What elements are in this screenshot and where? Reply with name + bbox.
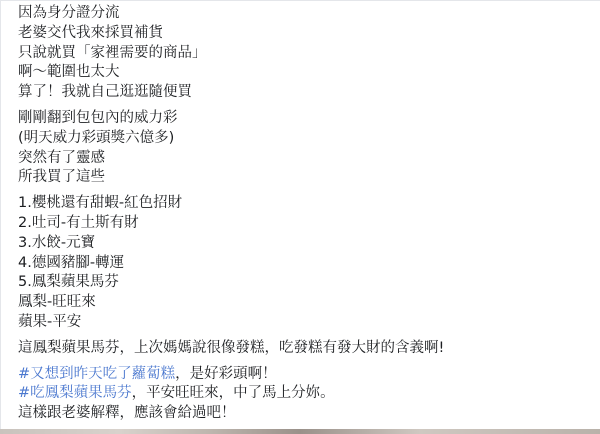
list-item: 1.櫻桃還有甜蝦-紅色招財 [18, 194, 590, 214]
hashtag-link[interactable]: #吃鳳梨蘋果馬芬 [18, 385, 132, 401]
text-line: #吃鳳梨蘋果馬芬，平安旺旺來，中了馬上分妳。 [18, 384, 590, 404]
paragraph-3-list: 1.櫻桃還有甜蝦-紅色招財 2.吐司-有土斯有財 3.水餃-元寶 4.德國豬腳-… [18, 194, 590, 333]
text-line: 所我買了這些 [18, 168, 590, 188]
hashtag-link[interactable]: #又想到昨天吃了蘿蔔糕 [18, 366, 175, 382]
text-line: 突然有了靈感 [18, 149, 590, 169]
list-item: 4.德國豬腳-轉運 [18, 254, 590, 274]
text-line: 只說就買「家裡需要的商品」 [18, 44, 590, 64]
post-text: 因為身分證分流 老婆交代我來採買補貨 只說就買「家裡需要的商品」 啊～範圍也太大… [18, 4, 590, 430]
paragraph-5: #又想到昨天吃了蘿蔔糕，是好彩頭啊！ #吃鳳梨蘋果馬芬，平安旺旺來，中了馬上分妳… [18, 365, 590, 424]
list-item: 鳳梨-旺旺來 [18, 293, 590, 313]
list-item: 蘋果-平安 [18, 313, 590, 333]
text-line: 啊～範圍也太大 [18, 63, 590, 83]
list-item: 2.吐司-有土斯有財 [18, 214, 590, 234]
list-item: 5.鳳梨蘋果馬芬 [18, 273, 590, 293]
attached-photo-edge[interactable] [0, 429, 600, 434]
paragraph-2: 剛剛翻到包包內的威力彩 (明天威力彩頭獎六億多) 突然有了靈感 所我買了這些 [18, 109, 590, 188]
text-line: 算了！我就自己逛逛隨便買 [18, 83, 590, 103]
text-line: 老婆交代我來採買補貨 [18, 24, 590, 44]
text-line: 因為身分證分流 [18, 4, 590, 24]
text-line: 這樣跟老婆解釋，應該會給過吧！ [18, 404, 590, 424]
post-card: 因為身分證分流 老婆交代我來採買補貨 只說就買「家裡需要的商品」 啊～範圍也太大… [0, 0, 600, 429]
text-line: (明天威力彩頭獎六億多) [18, 129, 590, 149]
paragraph-1: 因為身分證分流 老婆交代我來採買補貨 只說就買「家裡需要的商品」 啊～範圍也太大… [18, 4, 590, 103]
text-fragment: 這樣跟老婆解釋，應該會給過吧！ [18, 405, 236, 421]
paragraph-4: 這鳳梨蘋果馬芬，上次媽媽說很像發糕，吃發糕有發大財的含義啊! [18, 339, 590, 359]
text-line: 剛剛翻到包包內的威力彩 [18, 109, 590, 129]
text-fragment: ，平安旺旺來，中了馬上分妳。 [132, 385, 335, 401]
text-line: #又想到昨天吃了蘿蔔糕，是好彩頭啊！ [18, 365, 590, 385]
text-fragment: ，是好彩頭啊！ [175, 366, 277, 382]
list-item: 3.水餃-元寶 [18, 234, 590, 254]
text-line: 這鳳梨蘋果馬芬，上次媽媽說很像發糕，吃發糕有發大財的含義啊! [18, 339, 590, 359]
